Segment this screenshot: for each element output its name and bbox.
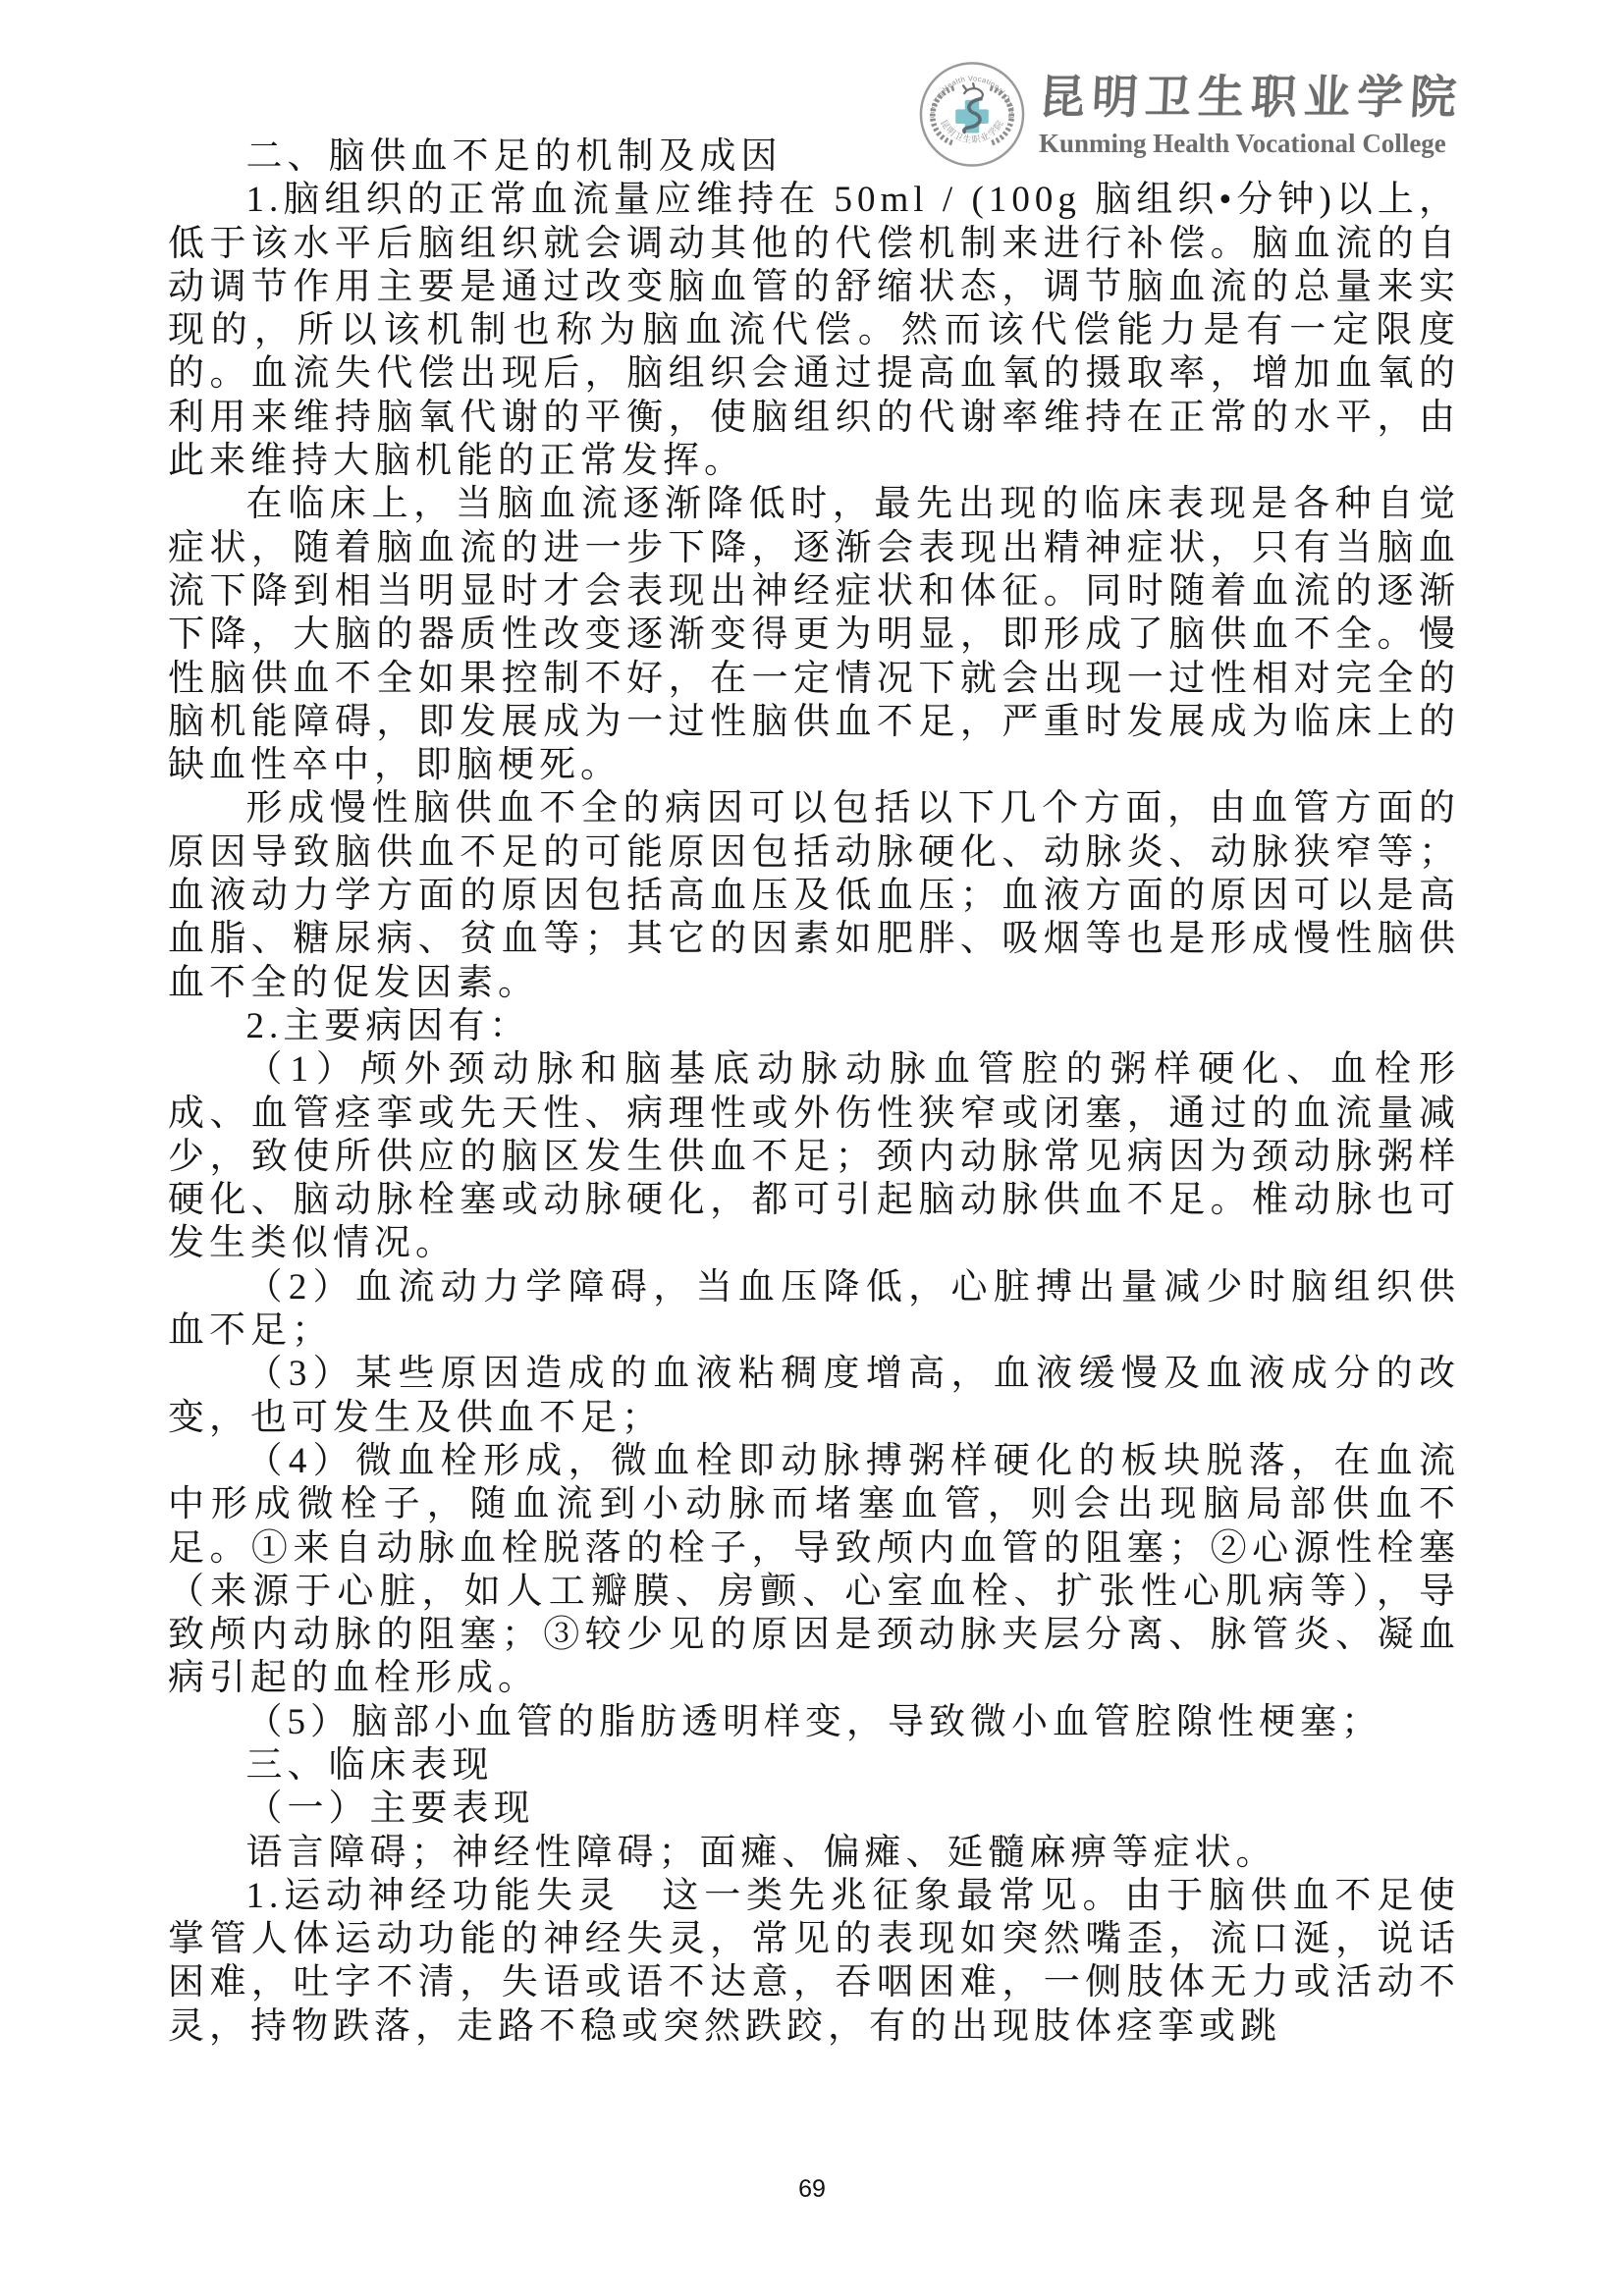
- subheading-main-manifestations: （一）主要表现: [168, 1788, 1460, 1831]
- paragraph-cause-5: （5）脑部小血管的脂肪透明样变，导致微小血管腔隙性梗塞；: [168, 1701, 1460, 1744]
- paragraph-cause-4: （4）微血栓形成，微血栓即动脉搏粥样硬化的板块脱落，在血流中形成微栓子，随血流到…: [168, 1440, 1460, 1701]
- paragraph-cause-2: （2）血流动力学障碍，当血压降低，心脏搏出量减少时脑组织供血不足；: [168, 1266, 1460, 1354]
- paragraph-symptom-list: 语言障碍；神经性障碍；面瘫、偏瘫、延髓麻痹等症状。: [168, 1832, 1460, 1875]
- paragraph-motor-nerve-failure: 1.运动神经功能失灵 这一类先兆征象最常见。由于脑供血不足使掌管人体运动功能的神…: [168, 1875, 1460, 2049]
- paragraph-cause-3: （3）某些原因造成的血液粘稠度增高，血液缓慢及血液成分的改变，也可发生及供血不足…: [168, 1353, 1460, 1440]
- page-number: 69: [0, 2175, 1624, 2204]
- document-body: 二、脑供血不足的机制及成因 1.脑组织的正常血流量应维持在 50ml / (10…: [168, 135, 1460, 2049]
- paragraph-clinical-progression: 在临床上，当脑血流逐渐降低时，最先出现的临床表现是各种自觉症状，随着脑血流的进一…: [168, 483, 1460, 787]
- subheading-main-causes: 2.主要病因有：: [168, 1005, 1460, 1048]
- college-name-calligraphy: 昆明卫生职业学院: [1038, 71, 1465, 126]
- paragraph-cause-1: （1）颅外颈动脉和脑基底动脉动脉血管腔的粥样硬化、血栓形成、血管痉挛或先天性、病…: [168, 1048, 1460, 1265]
- document-page: Kunming Health Vocational College: [0, 0, 1624, 2296]
- paragraph-normal-blood-flow: 1.脑组织的正常血流量应维持在 50ml / (100g 脑组织•分钟)以上，低…: [168, 179, 1460, 483]
- section-heading-mechanism: 二、脑供血不足的机制及成因: [168, 135, 1460, 179]
- paragraph-etiology-overview: 形成慢性脑供血不全的病因可以包括以下几个方面，由血管方面的原因导致脑供血不足的可…: [168, 787, 1460, 1004]
- section-heading-clinical: 三、临床表现: [168, 1744, 1460, 1788]
